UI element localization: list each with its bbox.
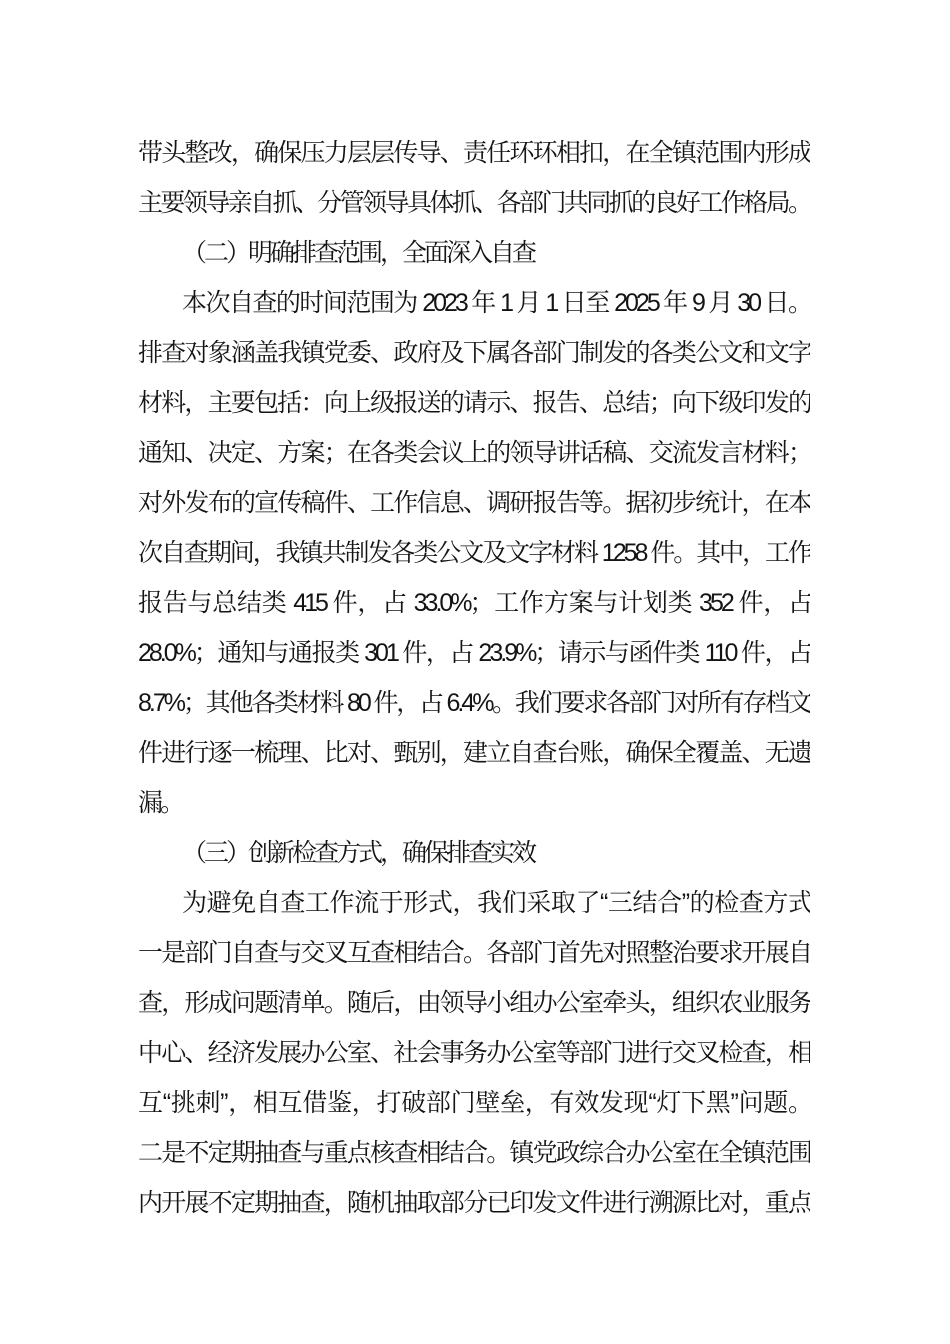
- text-line: 二是不定期抽查与重点核查相结合。镇党政综合办公室在全镇范围: [138, 1128, 810, 1178]
- text-line: 通知、决定、方案；在各类会议上的领导讲话稿、交流发言材料；: [138, 428, 810, 478]
- section-heading: （三）创新检查方式，确保排查实效: [138, 828, 810, 878]
- text-line: 查，形成问题清单。随后，由领导小组办公室牵头，组织农业服务: [138, 978, 810, 1028]
- text-line: 为避免自查工作流于形式，我们采取了“三结合”的检查方式: [138, 878, 810, 928]
- text-line: 材料，主要包括：向上级报送的请示、报告、总结；向下级印发的: [138, 378, 810, 428]
- text-line: 排查对象涵盖我镇党委、政府及下属各部门制发的各类公文和文字: [138, 328, 810, 378]
- text-line: 件进行逐一梳理、比对、甄别，建立自查台账，确保全覆盖、无遗: [138, 728, 810, 778]
- text-line: 8.7%；其他各类材料 80 件，占 6.4%。我们要求各部门对所有存档文: [138, 678, 810, 728]
- text-line: 中心、经济发展办公室、社会事务办公室等部门进行交叉检查，相: [138, 1028, 810, 1078]
- text-column: 带头整改，确保压力层层传导、责任环环相扣，在全镇范围内形成主要领导亲自抓、分管领…: [138, 128, 810, 1228]
- section-heading: （二）明确排查范围，全面深入自查: [138, 228, 810, 278]
- text-line: 互“挑刺”，相互借鉴，打破部门壁垒，有效发现“灯下黑”问题。: [138, 1078, 810, 1128]
- text-line: 主要领导亲自抓、分管领导具体抓、各部门共同抓的良好工作格局。: [138, 178, 810, 228]
- text-line: 带头整改，确保压力层层传导、责任环环相扣，在全镇范围内形成: [138, 128, 810, 178]
- document-page: 带头整改，确保压力层层传导、责任环环相扣，在全镇范围内形成主要领导亲自抓、分管领…: [0, 0, 950, 1344]
- text-line: 报告与总结类 415 件，占 33.0%；工作方案与计划类 352 件，占: [138, 578, 810, 628]
- text-line: 内开展不定期抽查，随机抽取部分已印发文件进行溯源比对，重点: [138, 1178, 810, 1228]
- text-line: 对外发布的宣传稿件、工作信息、调研报告等。据初步统计，在本: [138, 478, 810, 528]
- text-line: 次自查期间，我镇共制发各类公文及文字材料 1258 件。其中，工作: [138, 528, 810, 578]
- text-line: 本次自查的时间范围为 2023 年 1 月 1 日至 2025 年 9 月 30…: [138, 278, 810, 328]
- text-line: 一是部门自查与交叉互查相结合。各部门首先对照整治要求开展自: [138, 928, 810, 978]
- text-line: 漏。: [138, 778, 810, 828]
- text-line: 28.0%；通知与通报类 301 件，占 23.9%；请示与函件类 110 件，…: [138, 628, 810, 678]
